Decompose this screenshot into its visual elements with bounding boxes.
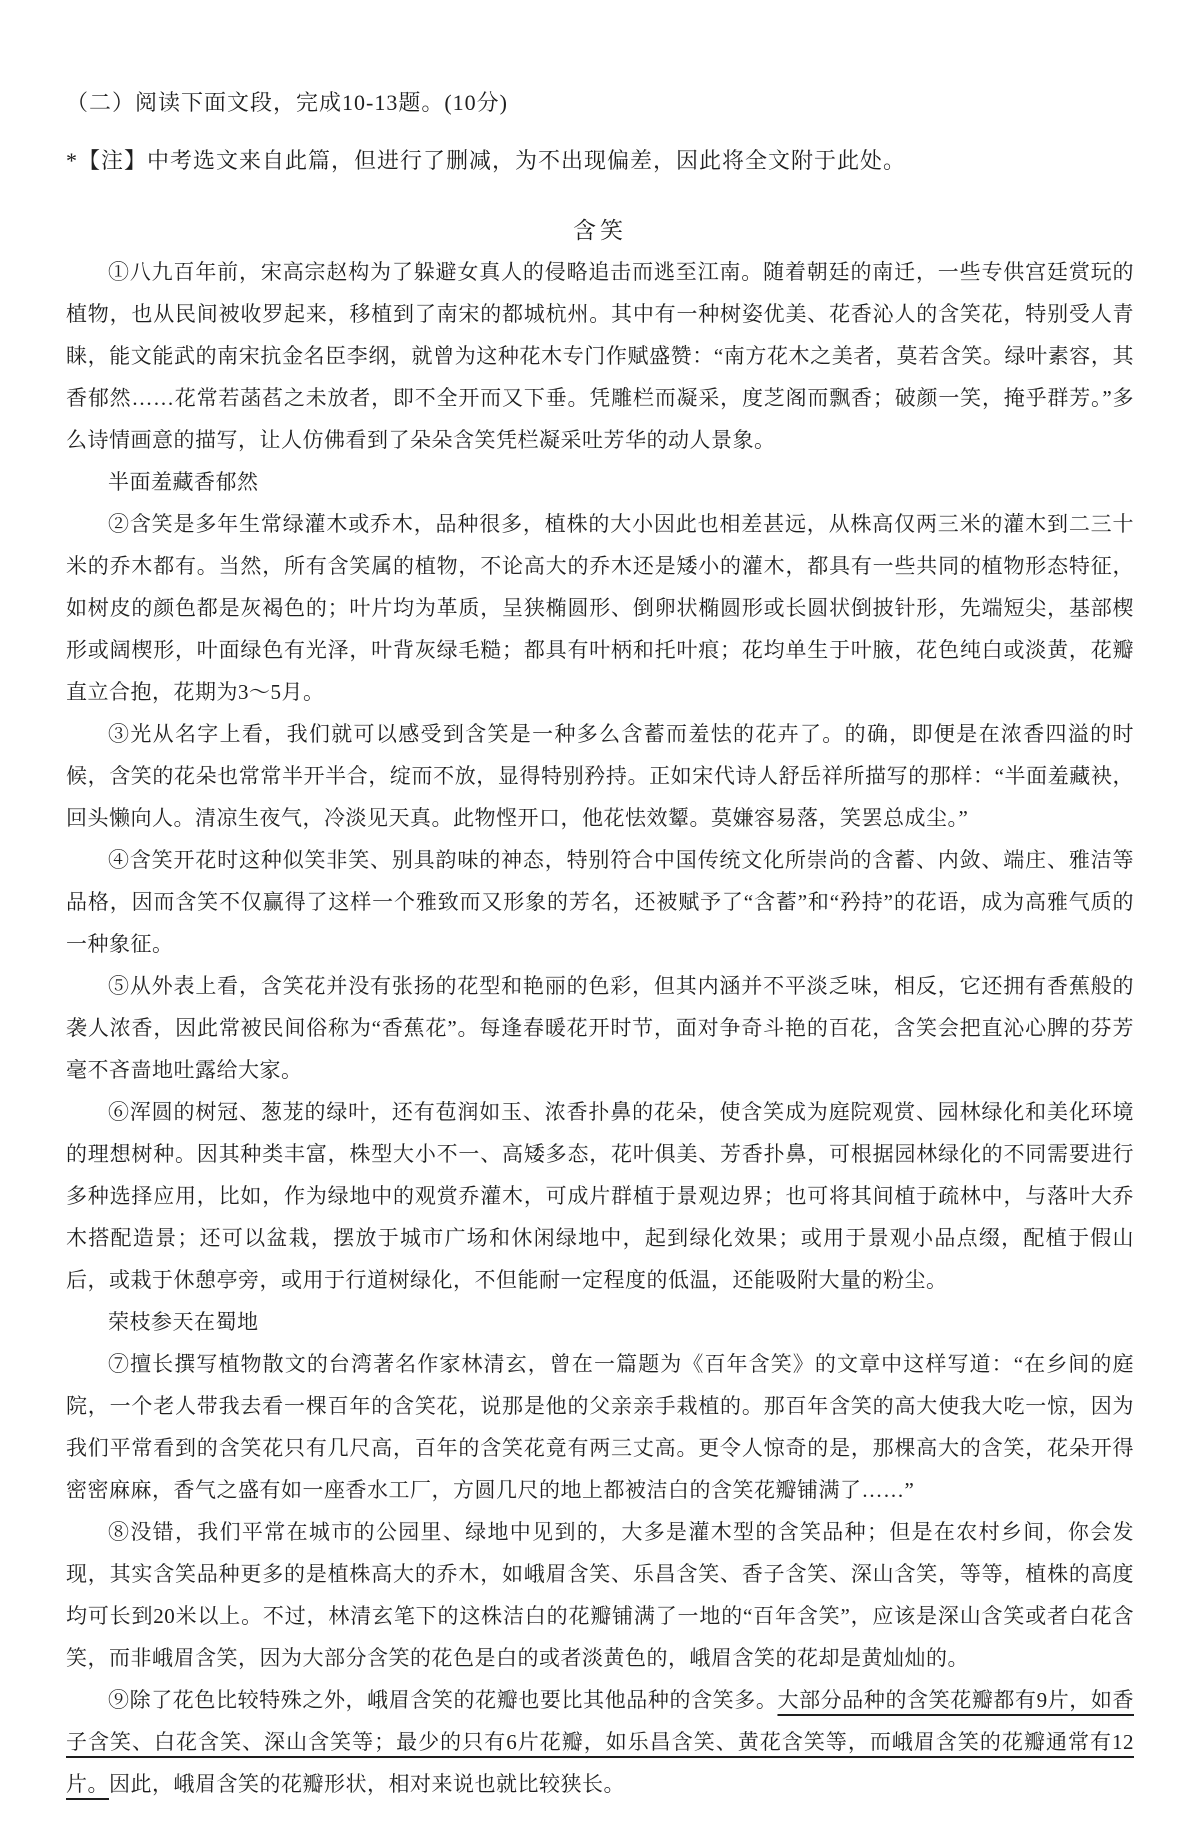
article-paragraph: ①八九百年前，宋高宗赵构为了躲避女真人的侵略追击而逃至江南。随着朝廷的南迁，一些… (66, 251, 1134, 461)
section-header: （二）阅读下面文段，完成10-13题。(10分) (66, 88, 1134, 118)
paragraph-text: ④含笑开花时这种似笑非笑、别具韵味的神态，特别符合中国传统文化所崇尚的含蓄、内敛… (66, 848, 1134, 956)
article-title: 含笑 (66, 212, 1134, 245)
paragraph-text: ③光从名字上看，我们就可以感受到含笑是一种多么含蓄而羞怯的花卉了。的确，即便是在… (66, 722, 1134, 830)
article-paragraph: ③光从名字上看，我们就可以感受到含笑是一种多么含蓄而羞怯的花卉了。的确，即便是在… (66, 713, 1134, 839)
section-subtitle: 荣枝参天在蜀地 (66, 1301, 1134, 1343)
article-paragraph: ⑦擅长撰写植物散文的台湾著名作家林清玄，曾在一篇题为《百年含笑》的文章中这样写道… (66, 1343, 1134, 1511)
article-paragraph: ⑥浑圆的树冠、葱茏的绿叶，还有苞润如玉、浓香扑鼻的花朵，使含笑成为庭院观赏、园林… (66, 1091, 1134, 1301)
paragraph-text: 荣枝参天在蜀地 (108, 1310, 259, 1334)
paragraph-text: ⑥浑圆的树冠、葱茏的绿叶，还有苞润如玉、浓香扑鼻的花朵，使含笑成为庭院观赏、园林… (66, 1100, 1134, 1292)
paragraph-text: ②含笑是多年生常绿灌木或乔木，品种很多，植株的大小因此也相差甚远，从株高仅两三米… (66, 512, 1134, 704)
document-page: （二）阅读下面文段，完成10-13题。(10分) *【注】中考选文来自此篇，但进… (0, 0, 1200, 1848)
paragraph-text: ⑨除了花色比较特殊之外，峨眉含笑的花瓣也要比其他品种的含笑多。 (108, 1688, 777, 1712)
article-body: ①八九百年前，宋高宗赵构为了躲避女真人的侵略追击而逃至江南。随着朝廷的南迁，一些… (66, 251, 1134, 1805)
article-paragraph: ⑤从外表上看，含笑花并没有张扬的花型和艳丽的色彩，但其内涵并不平淡乏味，相反，它… (66, 965, 1134, 1091)
paragraph-text: 因此，峨眉含笑的花瓣形状，相对来说也就比较狭长。 (109, 1772, 625, 1796)
article-paragraph: ④含笑开花时这种似笑非笑、别具韵味的神态，特别符合中国传统文化所崇尚的含蓄、内敛… (66, 839, 1134, 965)
paragraph-text: ⑤从外表上看，含笑花并没有张扬的花型和艳丽的色彩，但其内涵并不平淡乏味，相反，它… (66, 974, 1134, 1082)
paragraph-text: ⑦擅长撰写植物散文的台湾著名作家林清玄，曾在一篇题为《百年含笑》的文章中这样写道… (66, 1352, 1134, 1502)
paragraph-text: 半面羞藏香郁然 (108, 470, 259, 494)
article-paragraph: ②含笑是多年生常绿灌木或乔木，品种很多，植株的大小因此也相差甚远，从株高仅两三米… (66, 503, 1134, 713)
paragraph-text: ①八九百年前，宋高宗赵构为了躲避女真人的侵略追击而逃至江南。随着朝廷的南迁，一些… (66, 260, 1134, 452)
article-paragraph: ⑧没错，我们平常在城市的公园里、绿地中见到的，大多是灌木型的含笑品种；但是在农村… (66, 1511, 1134, 1679)
paragraph-text: ⑧没错，我们平常在城市的公园里、绿地中见到的，大多是灌木型的含笑品种；但是在农村… (66, 1520, 1134, 1670)
editor-note: *【注】中考选文来自此篇，但进行了删减，为不出现偏差，因此将全文附于此处。 (66, 146, 1134, 176)
section-subtitle: 半面羞藏香郁然 (66, 461, 1134, 503)
article-paragraph: ⑨除了花色比较特殊之外，峨眉含笑的花瓣也要比其他品种的含笑多。大部分品种的含笑花… (66, 1679, 1134, 1805)
